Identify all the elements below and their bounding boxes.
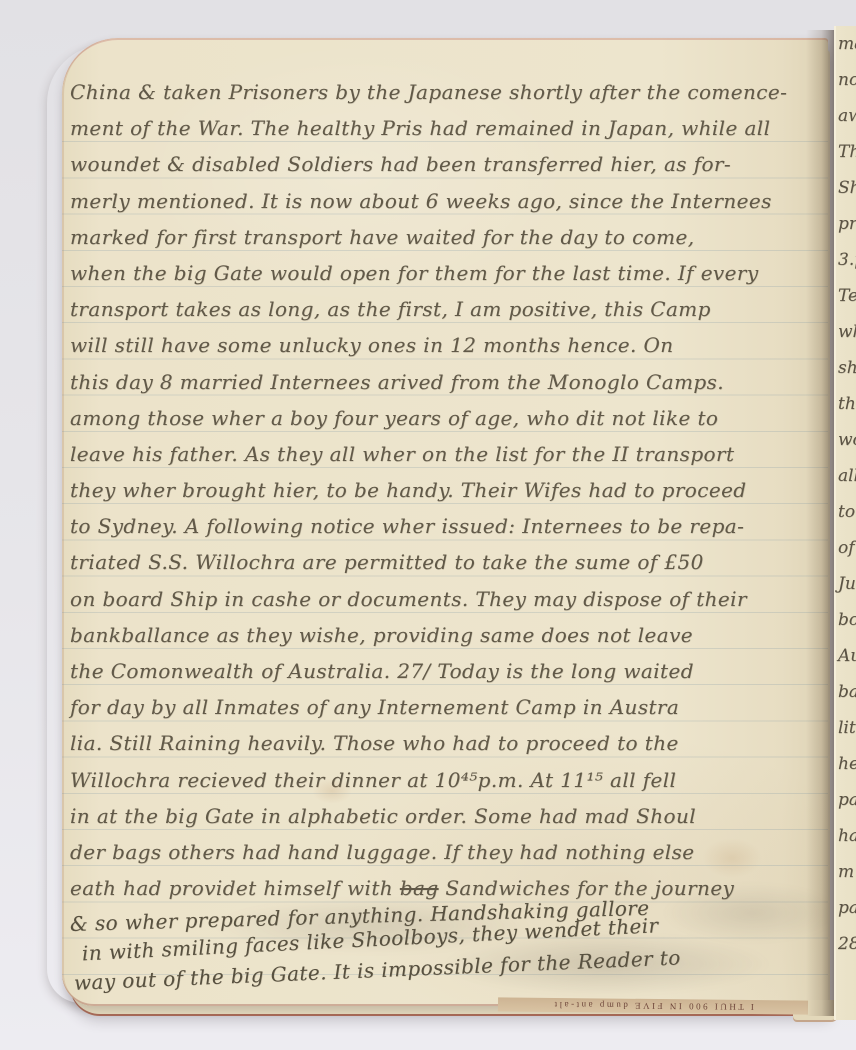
next-page-text-fragment: pro — [834, 206, 856, 242]
next-page-text-fragment: She — [834, 170, 856, 206]
handwriting-line: to Sydney. A following notice wher issue… — [70, 508, 822, 544]
handwriting-line: among those wher a boy four years of age… — [70, 400, 822, 436]
handwriting-line: when the big Gate would open for them fo… — [70, 255, 822, 291]
next-page-text-fragment: ha — [834, 818, 856, 854]
next-page-text-fragment: pa — [834, 890, 856, 926]
struck-out-word: bag — [400, 876, 439, 900]
next-page-text-fragment: Theg — [834, 134, 856, 170]
next-page-text-fragment: 28. — [834, 926, 856, 962]
handwriting-line: transport takes as long, as the first, I… — [70, 291, 822, 327]
next-page-text-fragment: litt — [834, 710, 856, 746]
handwriting-line: China & taken Prisoners by the Japanese … — [70, 74, 822, 110]
handwriting-line: der bags others had hand luggage. If the… — [70, 834, 822, 870]
handwriting-line: will still have some unlucky ones in 12 … — [70, 327, 822, 363]
handwriting-line: woundet & disabled Soldiers had been tra… — [70, 146, 822, 182]
next-page-text-fragment: Au — [834, 638, 856, 674]
handwriting-line: they wher brought hier, to be handy. The… — [70, 472, 822, 508]
handwriting-line: triated S.S. Willochra are permitted to … — [70, 544, 822, 580]
next-page-text-fragment: aw — [834, 98, 856, 134]
handwriting-line: this day 8 married Internees arived from… — [70, 364, 822, 400]
handwriting-line: the Comonwealth of Australia. 27/ Today … — [70, 653, 822, 689]
next-page-text-fragment: he — [834, 746, 856, 782]
handwriting-line: in at the big Gate in alphabetic order. … — [70, 798, 822, 834]
next-page-text-fragment: Ter — [834, 278, 856, 314]
next-page-text-fragment: wh — [834, 314, 856, 350]
newsprint-text: I THUI 900 IN FIVE dump ant-alt — [552, 1000, 754, 1012]
book-gutter-crease — [806, 30, 834, 1016]
handwriting-line: marked for first transport have waited f… — [70, 219, 822, 255]
next-page-edge: ma nos aw Theg She pro 3.p Ter wh sh the… — [834, 26, 856, 1020]
handwriting-line: merly mentioned. It is now about 6 weeks… — [70, 183, 822, 219]
handwriting-line: leave his father. As they all wher on th… — [70, 436, 822, 472]
next-page-text-fragment: sh — [834, 350, 856, 386]
next-page-text-fragment: of — [834, 530, 856, 566]
next-page-text-fragment: 3.p — [834, 242, 856, 278]
handwriting-line: on board Ship in cashe or documents. The… — [70, 581, 822, 617]
next-page-text-fragment: bo — [834, 602, 856, 638]
next-page-text-fragment: nos — [834, 62, 856, 98]
handwriting-line: for day by all Inmates of any Internemen… — [70, 689, 822, 725]
handwriting-line: ment of the War. The healthy Pris had re… — [70, 110, 822, 146]
next-page-text-fragment: Ju — [834, 566, 856, 602]
next-page-text-fragment: ma — [834, 26, 856, 62]
next-page-text-fragment: ba — [834, 674, 856, 710]
handwriting-line: bankballance as they wishe, providing sa… — [70, 617, 822, 653]
notebook-page: China & taken Prisoners by the Japanese … — [62, 38, 828, 1006]
next-page-text-fragment: the — [834, 386, 856, 422]
handwriting-line: lia. Still Raining heavily. Those who ha… — [70, 725, 822, 761]
handwriting-block: China & taken Prisoners by the Japanese … — [70, 74, 822, 1000]
next-page-text-fragment: wo — [834, 422, 856, 458]
next-page-text-fragment: to — [834, 494, 856, 530]
next-page-text-fragment: pa — [834, 782, 856, 818]
next-page-text-fragment: m — [834, 854, 856, 890]
handwriting-line: Willochra recieved their dinner at 10⁴⁵p… — [70, 762, 822, 798]
next-page-text-fragment: all — [834, 458, 856, 494]
handwriting-text: eath had providet himself with — [70, 876, 400, 900]
scanned-diary-page: I THUI 900 IN FIVE dump ant-alt China & … — [0, 0, 856, 1050]
